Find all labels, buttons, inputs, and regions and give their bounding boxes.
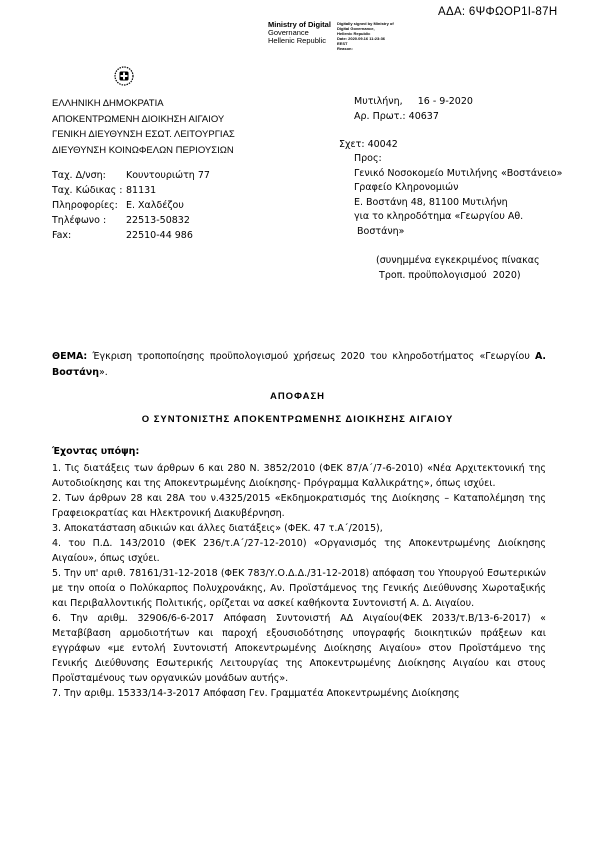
- list-item: 7. Την αριθμ. 15333/14-3-2017 Απόφαση Γε…: [52, 686, 546, 701]
- contact-label: Ταχ. Δ/νση:: [52, 168, 126, 183]
- protocol-number: Αρ. Πρωτ.: 40637: [354, 109, 473, 124]
- recipient-block: Προς: Γενικό Νοσοκομείο Μυτιλήνης «Βοστά…: [354, 152, 562, 239]
- recipient-line: για το κληροδότημα «Γεωργίου Αθ.: [354, 210, 562, 225]
- considerations-list: 1. Τις διατάξεις των άρθρων 6 και 280 Ν.…: [52, 461, 546, 701]
- list-item: 6. Την αριθμ. 32906/6-6-2017 Απόφαση Συν…: [52, 611, 546, 686]
- attachment-line: Τροπ. προϋπολογισμού 2020): [376, 269, 540, 284]
- decision-subtitle: Ο ΣΥΝΤΟΝΙΣΤΗΣ ΑΠΟΚΕΝΤΡΩΜΕΝΗΣ ΔΙΟΙΚΗΣΗΣ Α…: [0, 414, 595, 425]
- decision-title: ΑΠΟΦΑΣΗ: [0, 391, 595, 402]
- recipient-line: Ε. Βοστάνη 48, 81100 Μυτιλήνη: [354, 196, 562, 211]
- greek-coat-of-arms-icon: [114, 66, 134, 86]
- contact-label: Ταχ. Κώδικας :: [52, 183, 126, 198]
- signature-detail-line: Reason:: [337, 46, 394, 51]
- digital-signature-details: Digitally signed by Ministry of Digital …: [337, 21, 394, 51]
- list-item: 1. Τις διατάξεις των άρθρων 6 και 280 Ν.…: [52, 461, 546, 491]
- recipient-line: Γραφείο Κληρονομιών: [354, 181, 562, 196]
- contact-value: Ε. Χαλδέζου: [126, 198, 184, 213]
- issuer-line: ΕΛΛΗΝΙΚΗ ΔΗΜΟΚΡΑΤΙΑ: [52, 96, 235, 112]
- list-item: 4. του Π.Δ. 143/2010 (ΦΕΚ 236/τ.Α΄/27-12…: [52, 536, 546, 566]
- digital-signature-org: Ministry of Digital Governance Hellenic …: [268, 21, 331, 45]
- list-item: 3. Αποκατάσταση αδικιών και άλλες διατάξ…: [52, 521, 546, 536]
- contact-label: Πληροφορίες:: [52, 198, 126, 213]
- subject-text: Έγκριση τροποποίησης προϋπολογισμού χρήσ…: [87, 351, 535, 362]
- subject: ΘΕΜΑ: Έγκριση τροποποίησης προϋπολογισμο…: [52, 349, 546, 380]
- attachment-note: (συνημμένα εγκεκριμένος πίνακας Τροπ. πρ…: [376, 254, 540, 283]
- contact-row: Ταχ. Δ/νση:Κουντουριώτη 77: [52, 168, 210, 183]
- date-protocol-block: Μυτιλήνη, 16 - 9-2020 Αρ. Πρωτ.: 40637: [354, 94, 473, 124]
- issuer-line: ΓΕΝΙΚΗ ΔΙΕΥΘΥΝΣΗ ΕΣΩΤ. ΛΕΙΤΟΥΡΓΙΑΣ: [52, 127, 235, 143]
- to-label: Προς:: [354, 152, 562, 167]
- contact-label: Fax:: [52, 228, 126, 243]
- contact-value: Κουντουριώτη 77: [126, 168, 210, 183]
- contact-block: Ταχ. Δ/νση:Κουντουριώτη 77 Ταχ. Κώδικας …: [52, 168, 210, 243]
- issuer-line: ΔΙΕΥΘΥΝΣΗ ΚΟΙΝΩΦΕΛΩΝ ΠΕΡΙΟΥΣΙΩΝ: [52, 143, 235, 159]
- attachment-line: (συνημμένα εγκεκριμένος πίνακας: [376, 254, 540, 269]
- recipient-line: Γενικό Νοσοκομείο Μυτιλήνης «Βοστάνειο»: [354, 167, 562, 182]
- place-date: Μυτιλήνη, 16 - 9-2020: [354, 94, 473, 109]
- contact-label: Τηλέφωνο :: [52, 213, 126, 228]
- contact-value: 22513-50832: [126, 213, 190, 228]
- contact-row: Ταχ. Κώδικας :81131: [52, 183, 210, 198]
- signature-org-line: Hellenic Republic: [268, 37, 331, 45]
- having-regard-heading: Έχοντας υπόψη:: [52, 446, 139, 457]
- subject-label: ΘΕΜΑ:: [52, 351, 87, 362]
- contact-row: Fax:22510-44 986: [52, 228, 210, 243]
- subject-end: ».: [99, 367, 108, 378]
- contact-row: Τηλέφωνο :22513-50832: [52, 213, 210, 228]
- list-item: 5. Την υπ' αριθ. 78161/31-12-2018 (ΦΕΚ 7…: [52, 566, 546, 611]
- contact-value: 81131: [126, 183, 156, 198]
- issuer-line: ΑΠΟΚΕΝΤΡΩΜΕΝΗ ΔΙΟΙΚΗΣΗ ΑΙΓΑΙΟΥ: [52, 112, 235, 128]
- contact-row: Πληροφορίες:Ε. Χαλδέζου: [52, 198, 210, 213]
- ada-code: ΑΔΑ: 6ΨΦΩΟΡ1Ι-87Η: [438, 6, 557, 18]
- contact-value: 22510-44 986: [126, 228, 193, 243]
- recipient-line: Βοστάνη»: [354, 225, 562, 240]
- reference-number: Σχετ: 40042: [339, 137, 398, 152]
- list-item: 2. Των άρθρων 28 και 28Α του ν.4325/2015…: [52, 491, 546, 521]
- issuer-block: ΕΛΛΗΝΙΚΗ ΔΗΜΟΚΡΑΤΙΑ ΑΠΟΚΕΝΤΡΩΜΕΝΗ ΔΙΟΙΚΗ…: [52, 96, 235, 158]
